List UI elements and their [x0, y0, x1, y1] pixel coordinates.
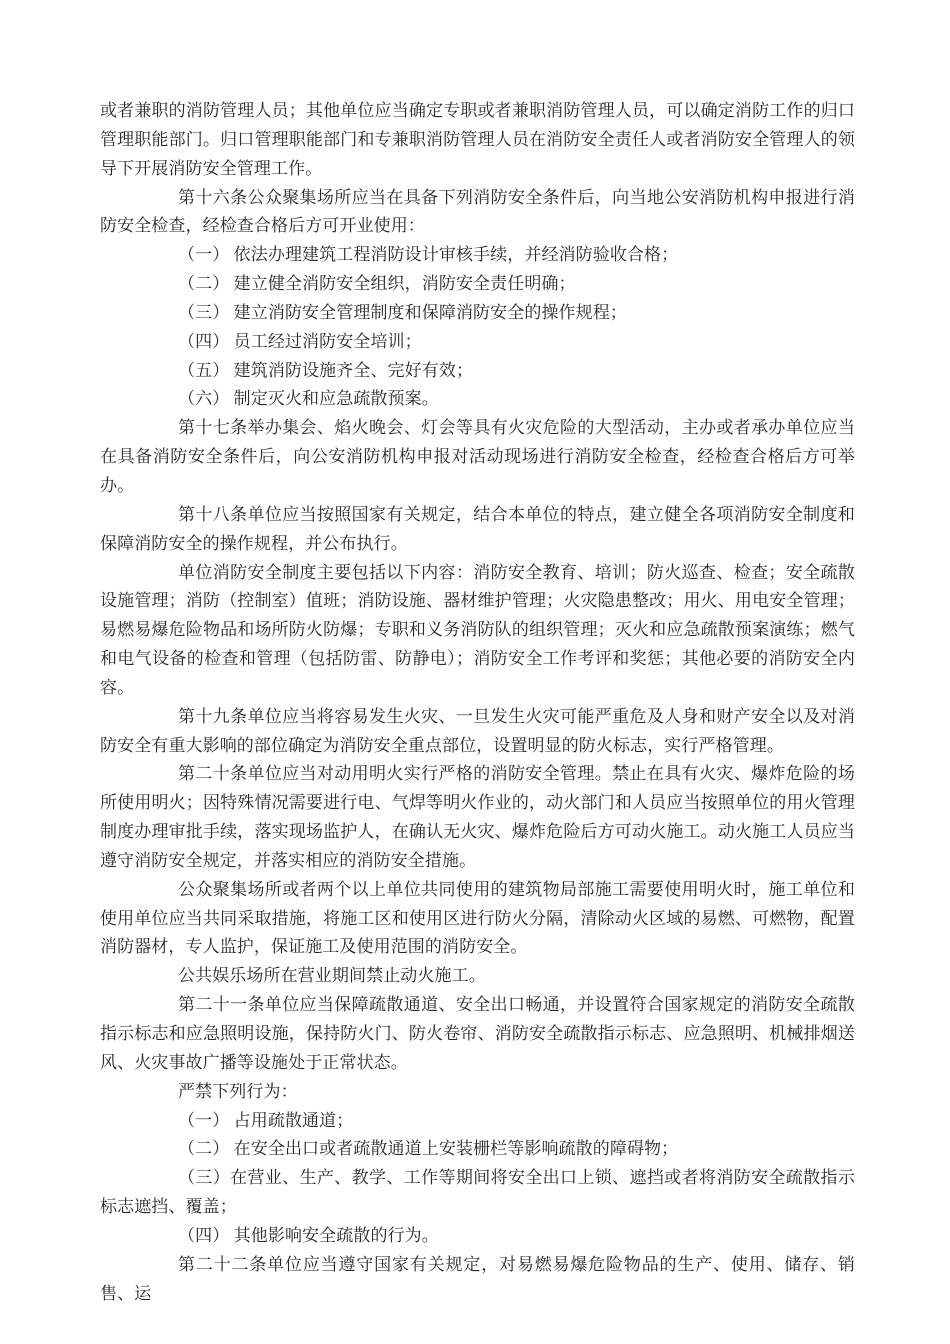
document-body: 或者兼职的消防管理人员；其他单位应当确定专职或者兼职消防管理人员，可以确定消防工…: [100, 97, 855, 1308]
paragraph: 第二十一条单位应当保障疏散通道、安全出口畅通，并设置符合国家规定的消防安全疏散指…: [100, 991, 855, 1078]
paragraph: 第二十条单位应当对动用明火实行严格的消防安全管理。禁止在具有火灾、爆炸危险的场所…: [100, 760, 855, 875]
paragraph: （三）在营业、生产、教学、工作等期间将安全出口上锁、遮挡或者将消防安全疏散指示标…: [100, 1164, 855, 1222]
paragraph: 第二十二条单位应当遵守国家有关规定，对易燃易爆危险物品的生产、使用、储存、销售、…: [100, 1251, 855, 1309]
paragraph: 公共娱乐场所在营业期间禁止动火施工。: [100, 962, 855, 991]
paragraph: （四） 员工经过消防安全培训；: [100, 328, 855, 357]
paragraph: 公众聚集场所或者两个以上单位共同使用的建筑物局部施工需要使用明火时，施工单位和使…: [100, 876, 855, 963]
paragraph: 第十九条单位应当将容易发生火灾、一旦发生火灾可能严重危及人身和财产安全以及对消防…: [100, 703, 855, 761]
paragraph: （二） 建立健全消防安全组织，消防安全责任明确；: [100, 270, 855, 299]
paragraph: 单位消防安全制度主要包括以下内容：消防安全教育、培训；防火巡查、检查；安全疏散设…: [100, 559, 855, 703]
paragraph: 严禁下列行为：: [100, 1078, 855, 1107]
paragraph: 第十六条公众聚集场所应当在具备下列消防安全条件后，向当地公安消防机构申报进行消防…: [100, 184, 855, 242]
paragraph: 第十七条举办集会、焰火晚会、灯会等具有火灾危险的大型活动，主办或者承办单位应当在…: [100, 414, 855, 501]
paragraph: （四） 其他影响安全疏散的行为。: [100, 1222, 855, 1251]
paragraph: （五） 建筑消防设施齐全、完好有效；: [100, 357, 855, 386]
paragraph: （一） 占用疏散通道；: [100, 1107, 855, 1136]
paragraph: 或者兼职的消防管理人员；其他单位应当确定专职或者兼职消防管理人员，可以确定消防工…: [100, 97, 855, 184]
paragraph: （六） 制定灭火和应急疏散预案。: [100, 385, 855, 414]
paragraph: （二） 在安全出口或者疏散通道上安装栅栏等影响疏散的障碍物；: [100, 1135, 855, 1164]
paragraph: 第十八条单位应当按照国家有关规定，结合本单位的特点，建立健全各项消防安全制度和保…: [100, 501, 855, 559]
paragraph: （一） 依法办理建筑工程消防设计审核手续，并经消防验收合格；: [100, 241, 855, 270]
document-page: 或者兼职的消防管理人员；其他单位应当确定专职或者兼职消防管理人员，可以确定消防工…: [0, 0, 950, 1344]
paragraph: （三） 建立消防安全管理制度和保障消防安全的操作规程；: [100, 299, 855, 328]
